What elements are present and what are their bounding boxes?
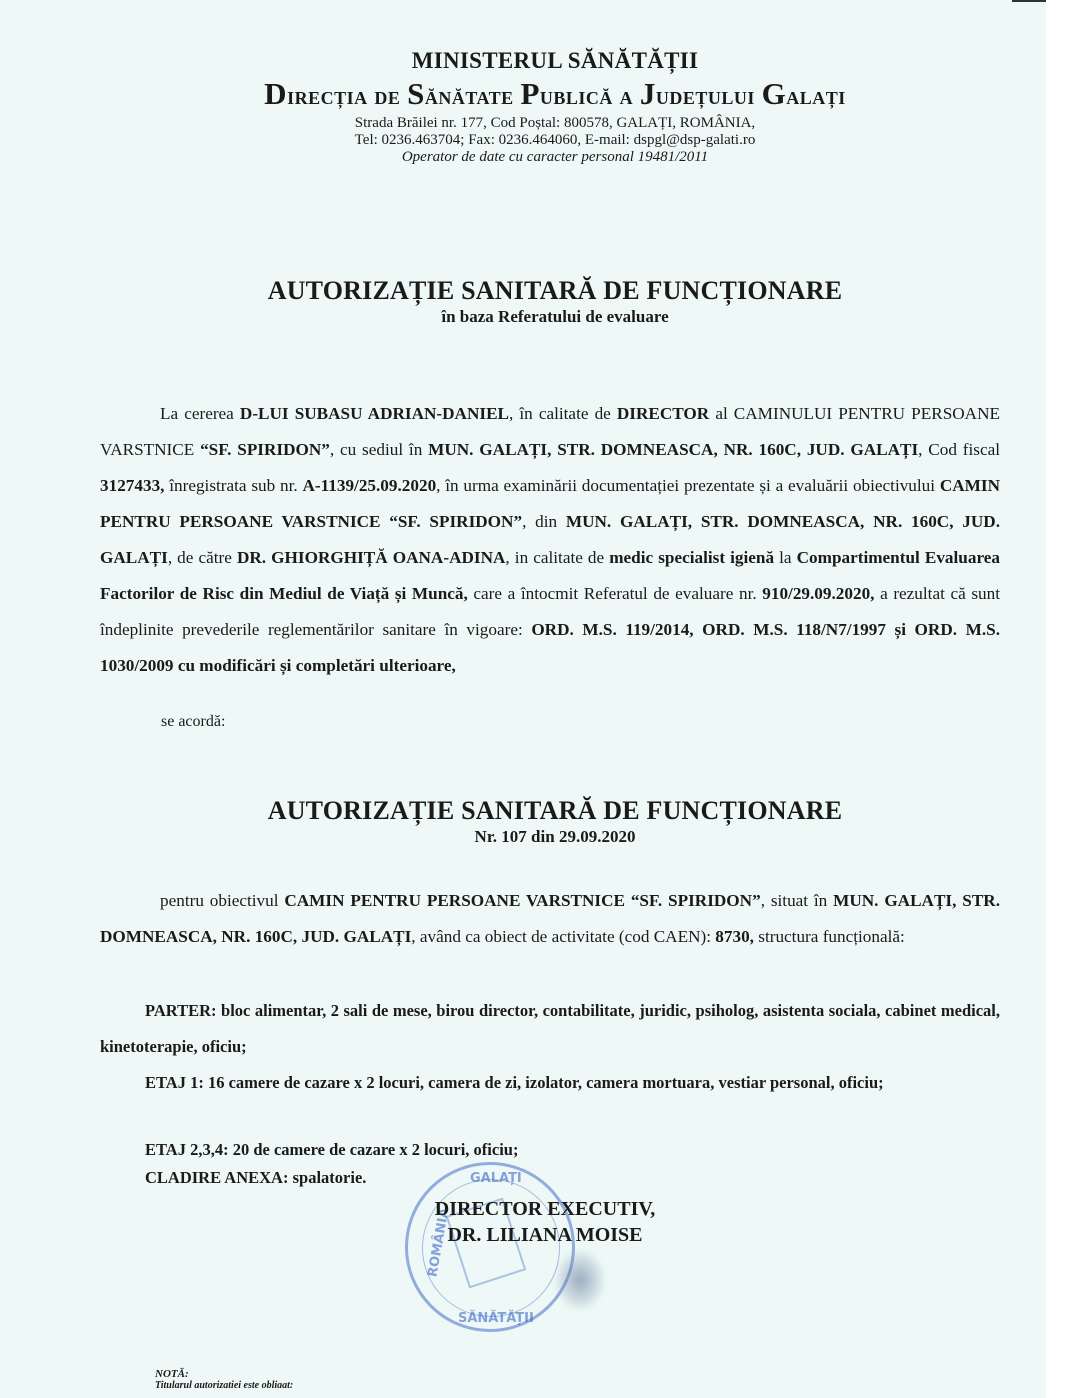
address: Strada Brăilei nr. 177, Cod Poștal: 8005… bbox=[0, 115, 1080, 132]
text: înregistrata sub nr. bbox=[164, 476, 302, 495]
text: , în calitate de bbox=[509, 404, 617, 423]
title-main: AUTORIZAȚIE SANITARĂ DE FUNCȚIONARE bbox=[0, 796, 1080, 826]
structure-text: bloc alimentar, 2 sali de mese, birou di… bbox=[100, 1001, 1000, 1056]
text: la bbox=[774, 548, 797, 567]
text: structura funcțională: bbox=[754, 927, 905, 946]
initial-letter: S bbox=[407, 76, 425, 111]
signatory-name: DR. LILIANA MOISE bbox=[420, 1222, 670, 1248]
bold-text: A-1139/25.09.2020 bbox=[302, 476, 436, 495]
structure-item: PARTER: bloc alimentar, 2 sali de mese, … bbox=[100, 993, 1000, 1065]
structure-text: spalatorie. bbox=[288, 1168, 366, 1187]
structure-label: PARTER: bbox=[145, 1001, 217, 1020]
signature-block: DIRECTOR EXECUTIV, DR. LILIANA MOISE bbox=[420, 1196, 670, 1248]
word-rest: irecția de bbox=[287, 83, 407, 110]
initial-letter: G bbox=[762, 76, 787, 111]
bold-text: DIRECTOR bbox=[617, 404, 709, 423]
signatory-role: DIRECTOR EXECUTIV, bbox=[420, 1196, 670, 1222]
initial-letter: D bbox=[264, 76, 287, 111]
word-rest: ănătate bbox=[425, 83, 521, 110]
text: , din bbox=[522, 512, 566, 531]
text: , situat în bbox=[761, 891, 833, 910]
bold-text: “SF. SPIRIDON” bbox=[200, 440, 330, 459]
text: , cu sediul în bbox=[330, 440, 428, 459]
structure-text: 16 camere de cazare x 2 locuri, camera d… bbox=[204, 1073, 884, 1092]
structure-text: 20 de camere de cazare x 2 locuri, ofici… bbox=[229, 1140, 519, 1159]
structure-item: ETAJ 1: 16 camere de cazare x 2 locuri, … bbox=[100, 1065, 1000, 1101]
bold-text: 3127433, bbox=[100, 476, 164, 495]
bold-text: 8730, bbox=[715, 927, 754, 946]
grant-text: se acordă: bbox=[161, 713, 225, 731]
word-rest: alați bbox=[786, 83, 846, 110]
title-main: AUTORIZAȚIE SANITARĂ DE FUNCȚIONARE bbox=[0, 276, 1080, 306]
bold-text: D-LUI SUBASU ADRIAN-DANIEL bbox=[240, 404, 509, 423]
title-authorization: AUTORIZAȚIE SANITARĂ DE FUNCȚIONARE Nr. … bbox=[0, 796, 1080, 848]
data-operator: Operator de date cu caracter personal 19… bbox=[0, 149, 1080, 166]
text: care a întocmit Referatul de evaluare nr… bbox=[468, 584, 762, 603]
structure-label: CLADIRE ANEXA: bbox=[145, 1168, 288, 1187]
structure-label: ETAJ 1: bbox=[145, 1073, 204, 1092]
structure-label: ETAJ 2,3,4: bbox=[145, 1140, 229, 1159]
authorization-number: Nr. 107 din 29.09.2020 bbox=[0, 826, 1080, 848]
note: NOTĂ: Titularul autorizației este obliga… bbox=[155, 1368, 293, 1388]
bold-text: medic specialist igienă bbox=[609, 548, 774, 567]
text: , Cod fiscal bbox=[918, 440, 1000, 459]
letterhead: MINISTERUL SĂNĂTĂȚII Direcția de Sănătat… bbox=[0, 46, 1080, 166]
edge-bar bbox=[1012, 0, 1046, 2]
contact-info: Tel: 0236.463704; Fax: 0236.464060, E-ma… bbox=[0, 132, 1080, 149]
ministry-name: MINISTERUL SĂNĂTĂȚII bbox=[0, 46, 1080, 76]
initial-letter: P bbox=[520, 76, 539, 111]
note-line: Titularul autorizației este obligat: bbox=[155, 1380, 293, 1388]
request-paragraph: La cererea D-LUI SUBASU ADRIAN-DANIEL, î… bbox=[100, 396, 1000, 684]
text: , având ca obiect de activitate (cod CAE… bbox=[411, 927, 715, 946]
document-page: MINISTERUL SĂNĂTĂȚII Direcția de Sănătat… bbox=[0, 0, 1046, 1398]
objective-paragraph: pentru obiectivul CAMIN PENTRU PERSOANE … bbox=[100, 883, 1000, 955]
redacted-signature bbox=[555, 1250, 605, 1310]
title-sub: în baza Referatului de evaluare bbox=[0, 306, 1080, 328]
note-label: NOTĂ: bbox=[155, 1368, 293, 1380]
text: , in calitate de bbox=[505, 548, 609, 567]
initial-letter: J bbox=[640, 76, 656, 111]
bold-text: 910/29.09.2020, bbox=[762, 584, 874, 603]
bold-text: DR. GHIORGHIȚĂ OANA-ADINA bbox=[237, 548, 505, 567]
stamp-bottom-text: SĂNĂTĂȚII bbox=[458, 1311, 534, 1326]
word-rest: udețului bbox=[656, 83, 762, 110]
text: , în urma examinării documentației preze… bbox=[436, 476, 940, 495]
text: pentru obiectivul bbox=[160, 891, 284, 910]
stamp-top-text: GALAȚI bbox=[470, 1171, 522, 1186]
bold-text: CAMIN PENTRU PERSOANE VARSTNICE “SF. SPI… bbox=[284, 891, 760, 910]
word-rest: ublică a bbox=[540, 83, 640, 110]
text: La cererea bbox=[160, 404, 240, 423]
title-evaluation: AUTORIZAȚIE SANITARĂ DE FUNCȚIONARE în b… bbox=[0, 276, 1080, 328]
directorate-name: Direcția de Sănătate Publică a Județului… bbox=[0, 76, 1080, 115]
bold-text: MUN. GALAȚI, STR. DOMNEASCA, NR. 160C, J… bbox=[428, 440, 918, 459]
text: , de către bbox=[168, 548, 237, 567]
